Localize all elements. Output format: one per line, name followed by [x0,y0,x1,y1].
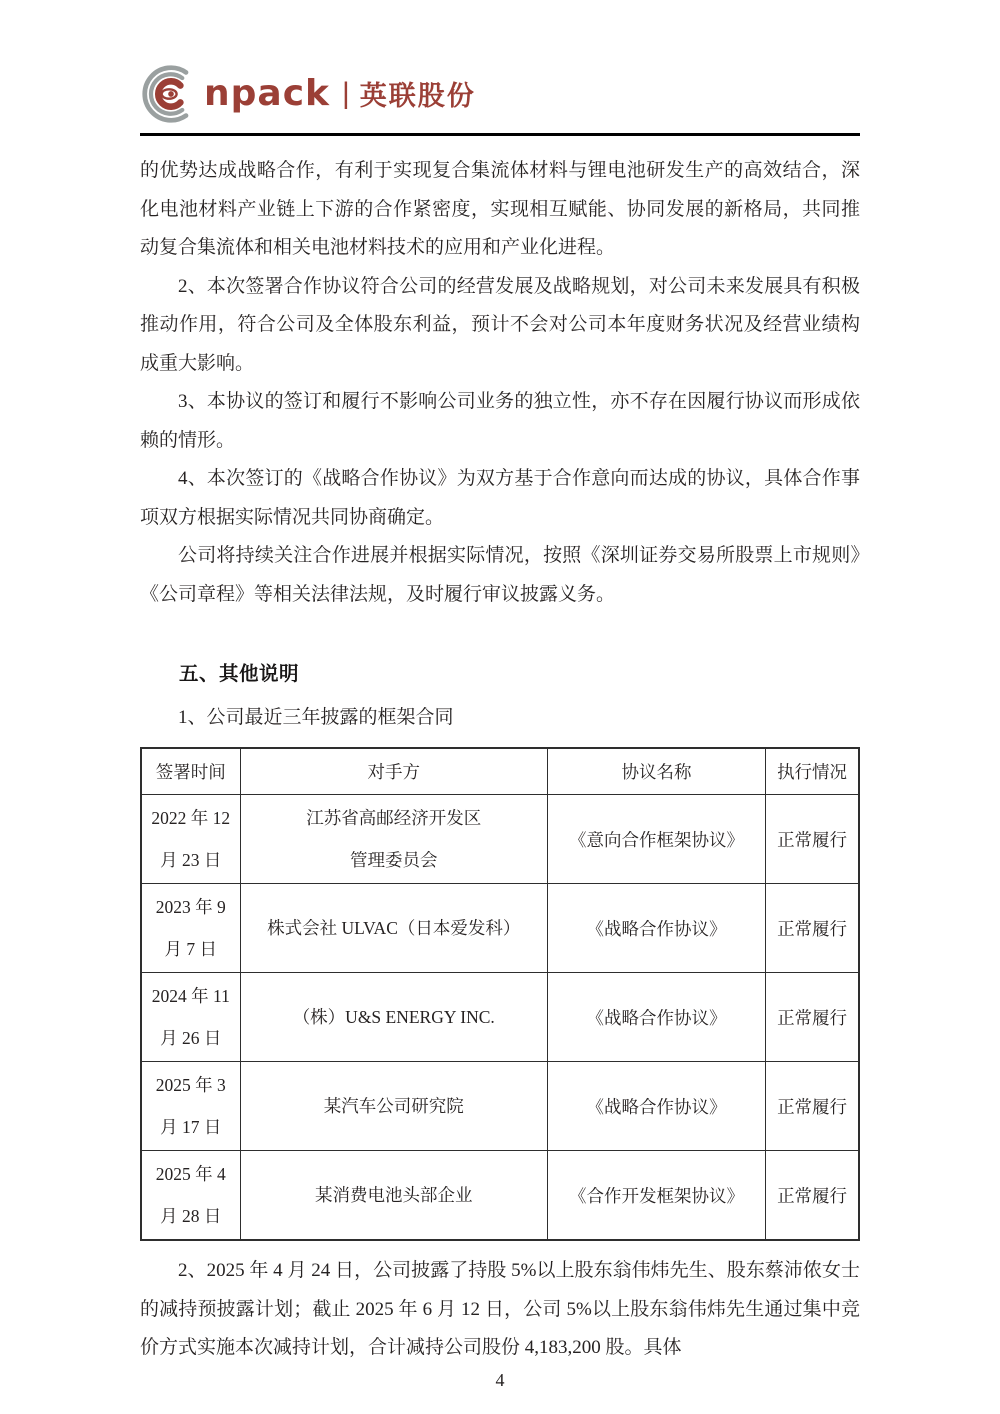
cell-execution-status: 正常履行 [766,884,859,973]
document-body: 的优势达成战略合作，有利于实现复合集流体材料与锂电池研发生产的高效结合，深化电池… [140,152,860,1368]
cell-counterparty: （株）U&S ENERGY INC. [240,973,547,1062]
cell-sign-date: 2025 年 4 月 28 日 [141,1151,240,1241]
paragraph-shareholder-reduction: 2、2025 年 4 月 24 日，公司披露了持股 5%以上股东翁伟炜先生、股东… [140,1252,860,1368]
company-name-cn: 英联股份 [360,79,476,110]
cell-counterparty: 江苏省高邮经济开发区 管理委员会 [240,795,547,884]
cell-execution-status: 正常履行 [766,795,859,884]
cell-counterparty: 某汽车公司研究院 [240,1062,547,1151]
framework-contracts-table: 签署时间 对手方 协议名称 执行情况 2022 年 12 月 23 日 江苏省高… [140,747,860,1242]
cell-sign-date: 2023 年 9 月 7 日 [141,884,240,973]
page-number: 4 [0,1370,1000,1391]
subsection-title: 1、公司最近三年披露的框架合同 [140,699,860,738]
col-header-counterparty: 对手方 [240,748,547,795]
cell-agreement-name: 《战略合作协议》 [547,1062,765,1151]
cell-sign-date: 2024 年 11 月 26 日 [141,973,240,1062]
header: npack | 英联股份 [0,0,1000,128]
col-header-sign-date: 签署时间 [141,748,240,795]
cell-execution-status: 正常履行 [766,1062,859,1151]
table-row: 2022 年 12 月 23 日 江苏省高邮经济开发区 管理委员会 《意向合作框… [141,795,859,884]
cell-sign-date: 2025 年 3 月 17 日 [141,1062,240,1151]
paragraph-item-3: 3、本协议的签订和履行不影响公司业务的独立性，亦不存在因履行协议而形成依赖的情形… [140,383,860,460]
paragraph-item-4: 4、本次签订的《战略合作协议》为双方基于合作意向而达成的协议，具体合作事项双方根… [140,460,860,537]
document-page: npack | 英联股份 的优势达成战略合作，有利于实现复合集流体材料与锂电池研… [0,0,1000,1414]
section-heading: 五、其他说明 [140,658,860,686]
company-logo: npack | 英联股份 [140,60,860,128]
paragraph-disclosure: 公司将持续关注合作进展并根据实际情况，按照《深圳证券交易所股票上市规则》《公司章… [140,537,860,614]
cell-counterparty: 某消费电池头部企业 [240,1151,547,1241]
cell-agreement-name: 《合作开发框架协议》 [547,1151,765,1241]
col-header-execution-status: 执行情况 [766,748,859,795]
col-header-agreement-name: 协议名称 [547,748,765,795]
table-row: 2024 年 11 月 26 日 （株）U&S ENERGY INC. 《战略合… [141,973,859,1062]
cell-execution-status: 正常履行 [766,1151,859,1241]
cell-sign-date: 2022 年 12 月 23 日 [141,795,240,884]
paragraph-item-2: 2、本次签署合作协议符合公司的经营发展及战略规划，对公司未来发展具有积极推动作用… [140,268,860,384]
table-row: 2025 年 3 月 17 日 某汽车公司研究院 《战略合作协议》 正常履行 [141,1062,859,1151]
table-row: 2025 年 4 月 28 日 某消费电池头部企业 《合作开发框架协议》 正常履… [141,1151,859,1241]
table-header-row: 签署时间 对手方 协议名称 执行情况 [141,748,859,795]
cell-agreement-name: 《战略合作协议》 [547,884,765,973]
brand-wordmark: npack [204,76,330,112]
cell-agreement-name: 《战略合作协议》 [547,973,765,1062]
logo-c-mark-icon [140,63,202,125]
cell-execution-status: 正常履行 [766,973,859,1062]
page-footer: 4 [0,1370,1000,1391]
table-row: 2023 年 9 月 7 日 株式会社 ULVAC（日本爱发科） 《战略合作协议… [141,884,859,973]
cell-counterparty: 株式会社 ULVAC（日本爱发科） [240,884,547,973]
logo-divider: | [342,79,350,109]
paragraph-continuation: 的优势达成战略合作，有利于实现复合集流体材料与锂电池研发生产的高效结合，深化电池… [140,152,860,268]
cell-agreement-name: 《意向合作框架协议》 [547,795,765,884]
header-divider-line [140,133,860,136]
